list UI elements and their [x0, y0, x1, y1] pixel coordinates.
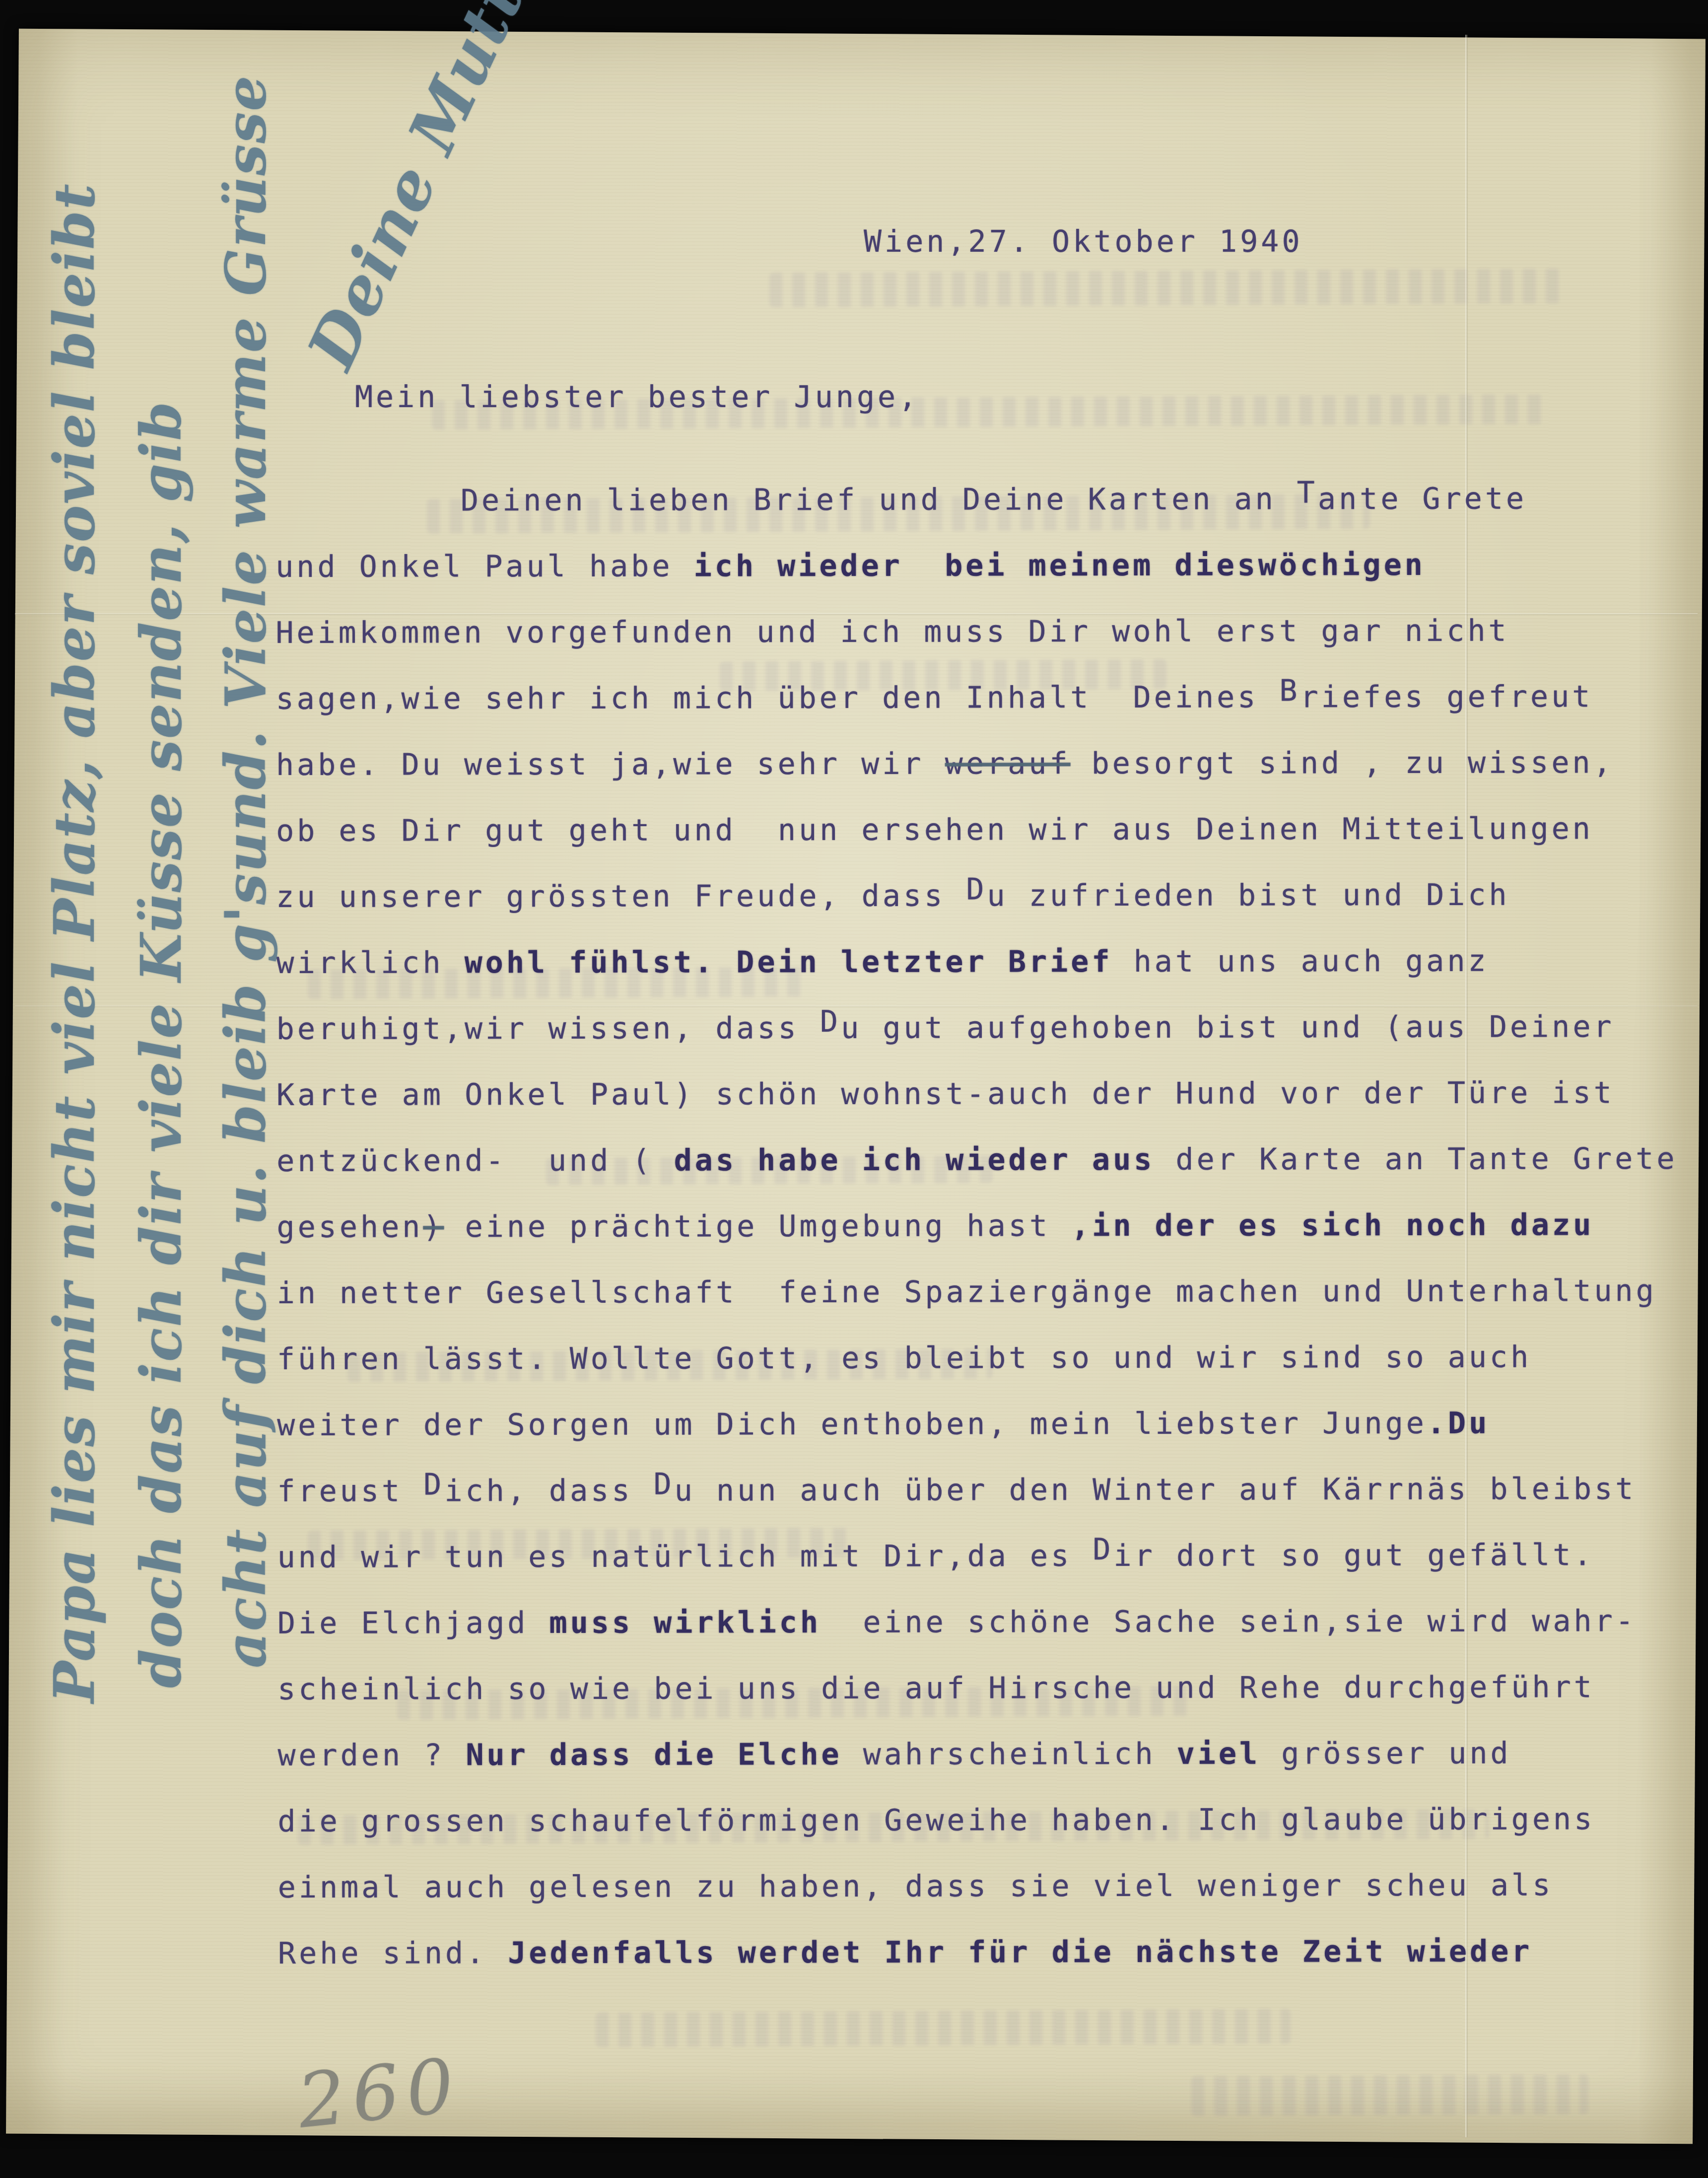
typed-line: in netter Gesellschaft feine Spaziergäng…: [277, 1273, 1657, 1311]
typed-line: habe. Du weisst ja,wie sehr wir werauf b…: [276, 745, 1614, 782]
typed-line: freust Dich, dass Du nun auch über den W…: [277, 1472, 1636, 1509]
typed-line: einmal auch gelesen zu haben, dass sie v…: [278, 1868, 1554, 1905]
typed-line: ob es Dir gut geht und nun ersehen wir a…: [276, 811, 1593, 848]
strikethrough-word: werauf: [945, 746, 1071, 781]
typed-line: Deinen lieben Brief und Deine Karten an …: [461, 482, 1527, 518]
typed-line: Die Elchjagd muss wirklich eine schöne S…: [277, 1604, 1637, 1641]
typed-line: weiter der Sorgen um Dich enthoben, mein…: [277, 1406, 1490, 1443]
margin-note-line: acht auf dich u. bleib g'sund. Viele war…: [213, 75, 278, 1669]
typed-line: wirklich wohl fühlst. Dein letzter Brief…: [276, 944, 1489, 981]
typed-line: Karte am Onkel Paul) schön wohnst-auch d…: [276, 1075, 1615, 1113]
typed-line: gesehen) eine prächtige Umgebung hast ,i…: [276, 1207, 1594, 1245]
margin-note-line: doch das ich dir viele Küsse senden, gib: [129, 401, 194, 1688]
typed-line: führen lässt. Wollte Gott, es bleibt so …: [277, 1340, 1532, 1377]
typed-line: und Onkel Paul habe ich wieder bei meine…: [275, 548, 1426, 584]
typed-line: Rehe sind. Jedenfalls werdet Ihr für die…: [278, 1934, 1533, 1971]
typed-line: und wir tun es natürlich mit Dir,da es D…: [277, 1538, 1595, 1575]
margin-note-line: Papa lies mir nicht viel Platz, aber sov…: [42, 183, 107, 1703]
strikethrough-word: ): [423, 1209, 444, 1244]
typed-line: beruhigt,wir wissen, dass Du gut aufgeho…: [276, 1009, 1615, 1047]
typed-line: sagen,wie sehr ich mich über den Inhalt …: [276, 679, 1593, 716]
scan-background: Wien,27. Oktober 1940 Mein liebster best…: [0, 0, 1708, 2178]
typed-line: die grossen schaufelförmigen Geweihe hab…: [278, 1802, 1595, 1839]
typed-line: Heimkommen vorgefunden und ich muss Dir …: [275, 614, 1509, 650]
typed-line: zu unserer grössten Freude, dass Du zufr…: [276, 878, 1509, 914]
typed-line: werden ? Nur dass die Elche wahrscheinli…: [277, 1736, 1511, 1773]
typed-line: scheinlich so wie bei uns die auf Hirsch…: [277, 1670, 1595, 1707]
page-number-annotation: 260: [294, 2042, 465, 2145]
typed-line: entzückend- und ( das habe ich wieder au…: [276, 1141, 1677, 1179]
